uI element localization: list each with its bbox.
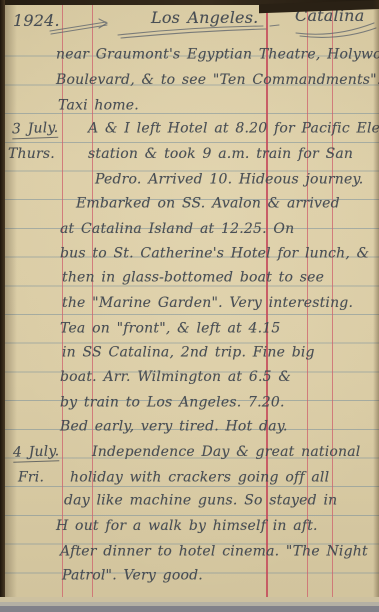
diary-line: then in glass-bottomed boat to see — [0, 267, 379, 292]
margin-date-label: 3 July. — [12, 120, 59, 140]
diary-line: 4 July.Independence Day & great national — [0, 441, 379, 466]
page-right-shadow — [373, 0, 379, 598]
diary-line-text: Bed early, very tired. Hot day. — [60, 419, 288, 435]
diary-line: After dinner to hotel cinema. "The Night — [0, 540, 379, 565]
diary-line-text: Taxi home. — [58, 97, 139, 113]
diary-line-text: After dinner to hotel cinema. "The Night — [60, 543, 368, 559]
diary-line: by train to Los Angeles. 7.20. — [0, 392, 379, 417]
diary-line-text: then in glass-bottomed boat to see — [62, 270, 324, 286]
diary-line-text: by train to Los Angeles. 7.20. — [60, 395, 285, 411]
diary-line-text: at Catalina Island at 12.25. On — [60, 221, 294, 237]
diary-line: in SS Catalina, 2nd trip. Fine big — [0, 341, 379, 366]
diary-line-text: H out for a walk by himself in aft. — [56, 518, 318, 534]
diary-line-text: the "Marine Garden". Very interesting. — [62, 295, 353, 311]
header-place-title: Los Angeles. — [151, 8, 258, 27]
diary-line: boat. Arr. Wilmington at 6.5 & — [0, 366, 379, 391]
diary-line: at Catalina Island at 12.25. On — [0, 218, 379, 243]
diary-line: H out for a walk by himself in aft. — [0, 515, 379, 540]
diary-line: Thurs.station & took 9 a.m. train for Sa… — [0, 143, 379, 168]
diary-line-text: holiday with crackers going off all — [70, 469, 329, 485]
diary-line-text: Boulevard, & to see "Ten Commandments". — [56, 72, 379, 88]
diary-line: near Graumont's Egyptian Theatre, Holywo… — [0, 44, 379, 69]
diary-line: Boulevard, & to see "Ten Commandments". — [0, 69, 379, 94]
diary-line-text: bus to St. Catherine's Hotel for lunch, … — [60, 246, 369, 262]
diary-line: bus to St. Catherine's Hotel for lunch, … — [0, 243, 379, 268]
diary-line-text: in SS Catalina, 2nd trip. Fine big — [62, 344, 315, 360]
diary-line-text: Patrol". Very good. — [62, 567, 203, 583]
diary-line-text: Tea on "front", & left at 4.15 — [60, 320, 280, 336]
binding-shadow — [5, 0, 17, 598]
scanned-diary-page: 1924. Los Angeles. Catalina near Graumon… — [0, 0, 379, 612]
diary-line: Tea on "front", & left at 4.15 — [0, 317, 379, 342]
diary-line-text: near Graumont's Egyptian Theatre, Holywo… — [56, 47, 379, 63]
margin-day-label: Fri. — [18, 469, 44, 485]
diary-line: 3 July.A & I left Hotel at 8.20 for Paci… — [0, 118, 379, 143]
diary-text-body: near Graumont's Egyptian Theatre, Holywo… — [0, 44, 379, 590]
diary-line: day like machine guns. So stayed in — [0, 490, 379, 515]
diary-line: Fri.holiday with crackers going off all — [0, 466, 379, 491]
diary-line: Pedro. Arrived 10. Hideous journey. — [0, 168, 379, 193]
diary-line: Embarked on SS. Avalon & arrived — [0, 192, 379, 217]
diary-line-text: boat. Arr. Wilmington at 6.5 & — [60, 369, 291, 385]
margin-date-label: 4 July. — [13, 443, 60, 463]
diary-line-text: Independence Day & great national — [92, 444, 360, 460]
diary-line-text: A & I left Hotel at 8.20 for Pacific Ele… — [88, 121, 379, 137]
diary-line: Taxi home. — [0, 94, 379, 119]
scan-background-strip — [0, 606, 379, 612]
diary-line-text: Pedro. Arrived 10. Hideous journey. — [95, 171, 363, 187]
header-year: 1924. — [13, 11, 60, 30]
diary-line: Patrol". Very good. — [0, 564, 379, 589]
diary-line: the "Marine Garden". Very interesting. — [0, 292, 379, 317]
diary-line-text: station & took 9 a.m. train for San — [88, 146, 353, 162]
diary-line-text: day like machine guns. So stayed in — [64, 493, 337, 509]
diary-line-text: Embarked on SS. Avalon & arrived — [76, 195, 340, 211]
diary-line: Bed early, very tired. Hot day. — [0, 416, 379, 441]
